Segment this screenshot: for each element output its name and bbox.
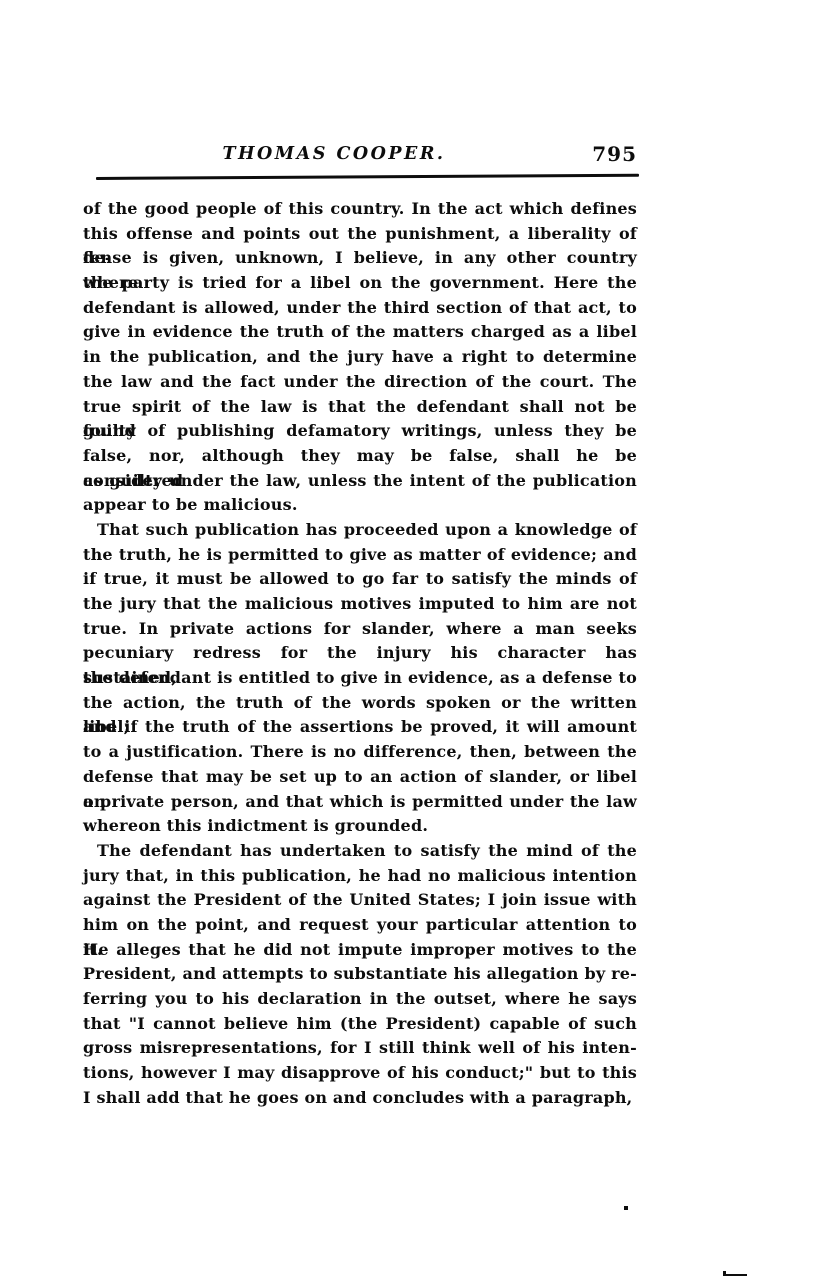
text-line: The defendant has undertaken to satisfy …	[83, 839, 637, 864]
text-line: against the President of the United Stat…	[83, 888, 637, 913]
text-line: defendant is allowed, under the third se…	[83, 296, 637, 321]
text-line: guilty of publishing defamatory writings…	[83, 419, 637, 444]
corner-rule-artifact	[723, 1274, 747, 1276]
text-line: ferring you to his declaration in the ou…	[83, 987, 637, 1012]
ink-dot-artifact	[624, 1206, 628, 1210]
text-line: this offense and points out the punishme…	[83, 222, 637, 247]
text-line: appear to be malicious.	[83, 493, 637, 518]
text-line: the truth, he is permitted to give as ma…	[83, 543, 637, 568]
text-line: the party is tried for a libel on the go…	[83, 271, 637, 296]
text-line: the action, the truth of the words spoke…	[83, 691, 637, 716]
text-line: true. In private actions for slander, wh…	[83, 617, 637, 642]
text-line: whereon this indictment is grounded.	[83, 814, 637, 839]
page-number: 795	[592, 142, 637, 166]
scanned-book-page: THOMAS COOPER. 795 of the good people of…	[0, 0, 836, 1284]
text-line: defense that may be set up to an action …	[83, 765, 637, 790]
text-line: I shall add that he goes on and conclude…	[83, 1086, 637, 1111]
text-line: He alleges that he did not impute improp…	[83, 938, 637, 963]
text-line: and if the truth of the assertions be pr…	[83, 715, 637, 740]
text-line: the law and the fact under the direction…	[83, 370, 637, 395]
text-line: give in evidence the truth of the matter…	[83, 320, 637, 345]
text-line: false, nor, although they may be false, …	[83, 444, 637, 469]
text-line: pecuniary redress for the injury his cha…	[83, 641, 637, 666]
text-line: the jury that the malicious motives impu…	[83, 592, 637, 617]
text-line: true spirit of the law is that the defen…	[83, 395, 637, 420]
text-line: as guilty under the law, unless the inte…	[83, 469, 637, 494]
text-line: in the publication, and the jury have a …	[83, 345, 637, 370]
page-title: THOMAS COOPER.	[57, 144, 611, 164]
text-line: President, and attempts to substantiate …	[83, 962, 637, 987]
running-head: THOMAS COOPER. 795	[83, 144, 637, 170]
text-line: him on the point, and request your parti…	[83, 913, 637, 938]
text-line: fense is given, unknown, I believe, in a…	[83, 246, 637, 271]
header-rule	[96, 174, 639, 180]
text-line: tions, however I may disapprove of his c…	[83, 1061, 637, 1086]
text-line: a private person, and that which is perm…	[83, 790, 637, 815]
text-line: gross misrepresentations, for I still th…	[83, 1036, 637, 1061]
page-text: of the good people of this country. In t…	[83, 197, 637, 1110]
text-line: the defendant is entitled to give in evi…	[83, 666, 637, 691]
text-line: to a justification. There is no differen…	[83, 740, 637, 765]
text-line: of the good people of this country. In t…	[83, 197, 637, 222]
text-line: jury that, in this publication, he had n…	[83, 864, 637, 889]
text-line: That such publication has proceeded upon…	[83, 518, 637, 543]
text-line: if true, it must be allowed to go far to…	[83, 567, 637, 592]
text-line: that "I cannot believe him (the Presiden…	[83, 1012, 637, 1037]
